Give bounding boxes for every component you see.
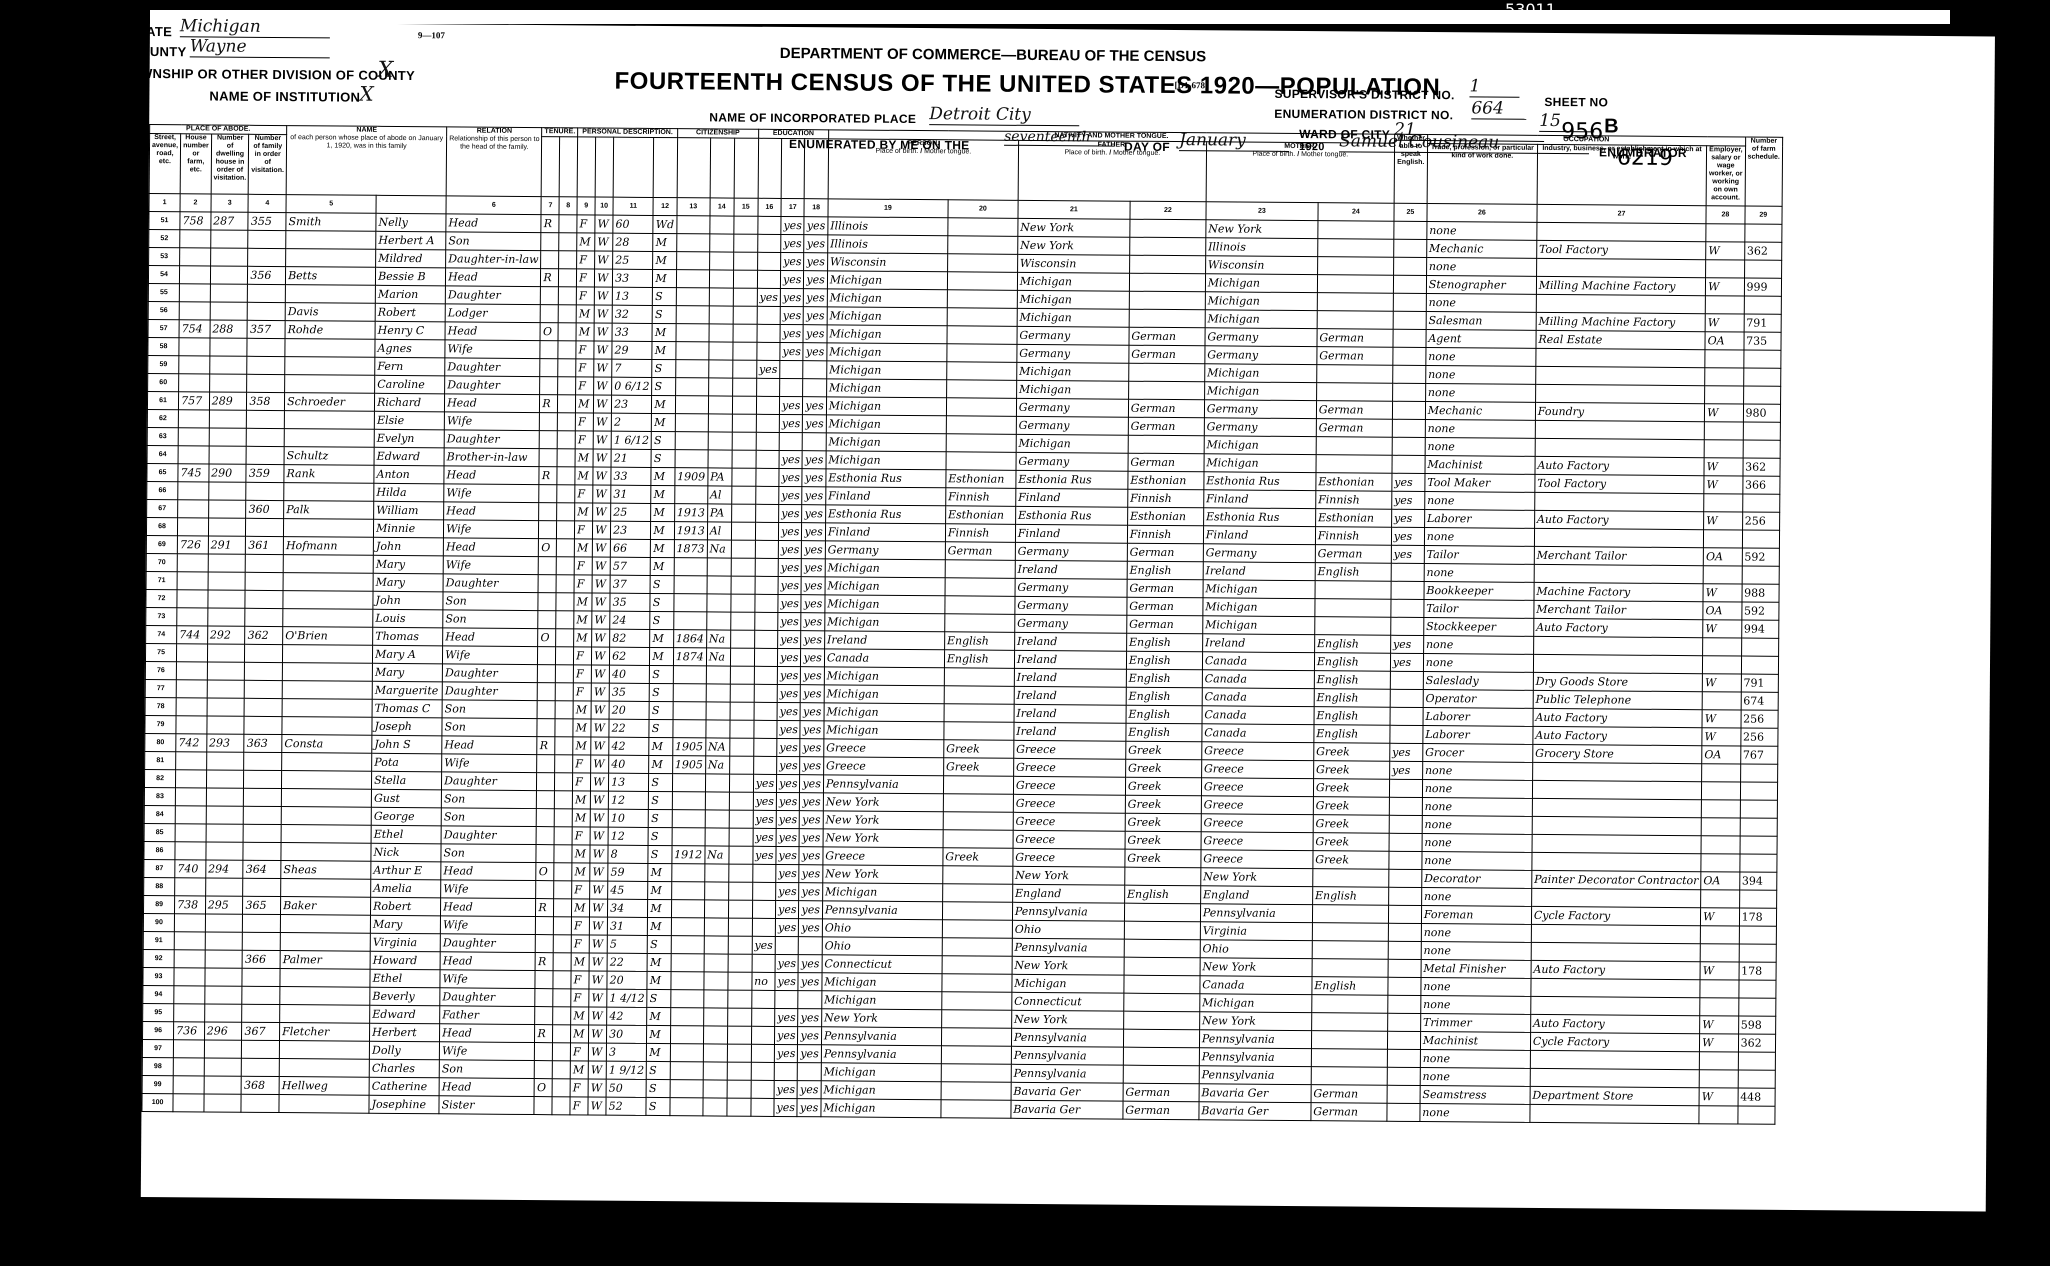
cell-dwelling [208,590,246,608]
cell-age: 30 [607,1025,647,1043]
cell-empty [559,269,577,287]
cell-nat [709,288,733,306]
cell-marital: S [652,305,676,323]
cell-school [753,738,777,756]
cell-code [1738,1052,1775,1070]
cell-code [1740,836,1777,854]
cell-empty [731,594,755,612]
cell-trade: none [1420,1104,1530,1123]
cell-family [244,698,282,716]
cell-pob: Finland [825,523,945,542]
english-header: Whether able to speak English. [1394,134,1428,203]
county-value: Wayne [190,36,330,58]
cell-marital: S [652,359,676,377]
cell-marital: M [651,485,675,503]
cell-write: yes [801,649,825,667]
cell-write: yes [800,721,824,739]
cell-empty [730,720,754,738]
cell-code [1743,350,1780,368]
cell-trade: Salesman [1426,312,1536,331]
institution-value: X [359,82,373,106]
cell-ftongue [1123,1047,1199,1066]
cell-write: yes [801,577,825,595]
cell-surname [280,933,370,952]
cell-surname [281,789,371,808]
cell-family [241,1094,279,1112]
cell-surname [284,519,374,538]
cell-mtongue: German [1311,1085,1387,1104]
cell-empty [553,953,571,971]
cell-read [775,936,799,954]
cell-tongue [942,974,1012,993]
cell-mpob: Michigan [1204,436,1316,455]
cell-mtongue: Finnish [1316,491,1392,510]
cell-dwelling [204,1076,242,1094]
cell-read: yes [776,864,800,882]
cell-surname [282,717,372,736]
cell-write: yes [801,667,825,685]
cell-nat: Na [706,630,730,648]
cell-surname [282,699,372,718]
cell-sex: F [576,359,594,377]
cell-given: Bessie B [376,267,446,286]
cell-emp: W [1704,458,1743,476]
cell-sex: M [571,953,589,971]
form-code: 9—107 [418,30,445,40]
cell-race: W [592,557,610,575]
cell-code: 394 [1739,872,1776,890]
cell-emp [1702,782,1741,800]
cell-imm [670,1008,703,1026]
cell-given: Robert [371,897,441,916]
cell-given: Mary [373,555,443,574]
cell-trade: none [1422,780,1532,799]
cell-school: yes [753,828,777,846]
cell-pob: Esthonia Rus [826,469,946,488]
cell-ftongue [1128,381,1204,400]
cell-nat [703,1080,727,1098]
cell-mtongue: Greek [1313,833,1389,852]
cell-tongue [947,308,1017,327]
cell-read: yes [780,396,804,414]
cell-ftongue: Greek [1125,813,1201,832]
cell-industry: Foundry [1535,402,1704,421]
cell-nat: PA [708,468,732,486]
cell-relation: Head [441,862,536,881]
cell-pob: Pennsylvania [822,901,942,920]
cell-eng [1389,833,1422,851]
cell-empty [556,557,574,575]
cell-industry: Machine Factory [1534,582,1703,601]
cell-pob: Michigan [822,991,942,1010]
cell-industry: Milling Machine Factory [1536,312,1705,331]
cell-imm [673,612,706,630]
cell-own: R [541,215,559,233]
cell-empty [556,647,574,665]
cell-code: 791 [1744,314,1781,332]
cell-mtongue: Greek [1313,779,1389,798]
cell-mpob: Bavaria Ger [1199,1084,1311,1103]
cell-marital: S [652,431,676,449]
cell-empty [728,864,752,882]
cell-imm [675,414,708,432]
cell-empty [727,1008,751,1026]
cell-own [540,377,558,395]
cell-own [536,845,554,863]
cell-race: W [594,341,612,359]
cell-surname [284,411,374,430]
cell-empty [732,450,756,468]
cell-dwelling [208,500,246,518]
cell-age: 0 6/12 [612,377,652,395]
cell-relation: Daughter [445,376,540,395]
cell-house [173,1040,204,1058]
cell-fpob: Bavaria Ger [1011,1082,1123,1101]
cell-imm [675,450,708,468]
cell-own [538,665,556,683]
column-number: 21 [1018,200,1130,219]
institution-label: NAME OF INSTITUTION [209,88,360,104]
cell-fpob: England [1012,884,1124,903]
cell-age: 33 [611,467,651,485]
cell-trade: none [1426,294,1536,313]
cell-fpob: Germany [1016,416,1128,435]
cell-code: 366 [1742,476,1779,494]
cell-emp: W [1705,404,1744,422]
cell-empty [558,413,576,431]
cell-own [541,251,559,269]
cell-mtongue: English [1312,977,1388,996]
cell-pob: Michigan [822,883,942,902]
cell-given: Mary A [373,645,443,664]
cell-sex: M [572,809,590,827]
cell-pob: New York [823,793,943,812]
cell-emp: W [1703,620,1742,638]
cell-school: yes [756,360,780,378]
cell-relation: Daughter [444,430,539,449]
cell-pob: Michigan [826,397,946,416]
cell-imm [674,594,707,612]
cell-write: yes [803,343,827,361]
cell-nat [703,1098,727,1116]
cell-house: 745 [178,464,209,482]
cell-nat: Na [705,756,729,774]
cell-mtongue: Greek [1313,761,1389,780]
cell-trade: none [1422,762,1532,781]
cell-fpob: Germany [1015,578,1127,597]
cell-tongue [943,776,1013,795]
cell-eng: yes [1391,527,1424,545]
cell-mpob: Michigan [1203,598,1315,617]
cell-nat [705,810,729,828]
cell-given: John S [372,735,442,754]
cell-fpob: Michigan [1016,380,1128,399]
cell-pob: Michigan [824,667,944,686]
cell-fpob: Michigan [1017,362,1129,381]
cell-tongue [941,1028,1011,1047]
cell-ftongue [1124,993,1200,1012]
cell-given: Arthur E [371,861,441,880]
cell-age: 5 [607,935,647,953]
cell-nat [708,396,732,414]
cell-sex: F [571,989,589,1007]
cell-marital: M [651,521,675,539]
cell-house [176,716,207,734]
cell-imm [676,306,709,324]
cell-surname [282,681,372,700]
cell-mpob: Greece [1201,832,1313,851]
cell-relation: Wife [442,754,537,773]
cell-relation: Daughter [440,934,535,953]
cell-trade: Tailor [1424,600,1534,619]
cell-ftongue: German [1123,1101,1199,1120]
cell-mtongue [1317,293,1393,312]
cell-mtongue: German [1311,1103,1387,1122]
cell-write: yes [798,1027,822,1045]
cell-mtongue: Greek [1313,815,1389,834]
cell-mpob: Michigan [1205,310,1317,329]
cell-surname [282,663,372,682]
cell-fpob: Germany [1015,614,1127,633]
cell-dwelling [204,1040,242,1058]
cell-code [1740,764,1777,782]
cell-marital: M [653,269,677,287]
cell-tongue [946,398,1016,417]
cell-empty [554,881,572,899]
cell-mtongue [1312,995,1388,1014]
cell-relation: Wife [444,484,539,503]
cell-emp: W [1700,962,1739,980]
cell-school [757,324,781,342]
cell-nat [706,720,730,738]
cell-read: yes [779,504,803,522]
cell-read: yes [780,288,804,306]
cell-imm: 1913 [674,522,707,540]
cell-dwelling [208,482,246,500]
cell-trade: none [1420,1050,1530,1069]
cell-code: 256 [1742,512,1779,530]
cell-emp: OA [1703,548,1742,566]
cell-house [173,1094,204,1112]
cell-mtongue: German [1316,419,1392,438]
cell-surname [280,1005,370,1024]
cell-write [799,937,823,955]
cell-nat [708,360,732,378]
cell-own: R [540,395,558,413]
cell-code: 735 [1744,332,1781,350]
cell-family [244,716,282,734]
line-number: 80 [145,733,176,751]
cell-mpob: Esthonia Rus [1204,472,1316,491]
cell-pob: Michigan [827,289,947,308]
cell-write: yes [799,883,823,901]
cell-school [751,1080,775,1098]
cell-empty [728,936,752,954]
cell-empty [558,359,576,377]
cell-eng [1388,887,1421,905]
cell-ftongue: English [1126,723,1202,742]
line-number: 85 [144,823,175,841]
cell-fpob: New York [1013,866,1125,885]
cell-imm [672,792,705,810]
cell-pob: Ohio [822,937,942,956]
cell-industry: Auto Factory [1530,1014,1699,1033]
cell-mtongue [1312,959,1388,978]
cell-sex: M [574,593,592,611]
cell-house [178,500,209,518]
cell-dwelling [206,842,244,860]
cell-industry [1532,816,1701,835]
cell-emp: W [1706,278,1745,296]
cell-emp [1705,368,1744,386]
cell-industry [1532,798,1701,817]
cell-age: 60 [613,215,653,233]
cell-pob: Esthonia Rus [825,505,945,524]
cell-dwelling: 288 [210,320,248,338]
cell-empty [732,468,756,486]
cell-surname: Davis [285,303,375,322]
cell-code [1741,656,1778,674]
cell-eng [1393,257,1426,275]
cell-ftongue: Greek [1126,741,1202,760]
cell-industry [1532,762,1701,781]
line-number: 64 [147,445,178,463]
line-number: 83 [144,787,175,805]
cell-house: 738 [175,896,206,914]
cell-dwelling [206,806,244,824]
cell-mtongue: German [1315,545,1391,564]
cell-sex: F [576,377,594,395]
top-corner-stamp: 53011 [1505,0,1556,19]
cell-school [755,522,779,540]
cell-race: W [588,1043,606,1061]
cell-relation: Wife [441,880,536,899]
cell-tongue [947,290,1017,309]
cell-mtongue [1312,905,1388,924]
cell-imm [676,288,709,306]
cell-given: Stella [372,771,442,790]
cell-nat [708,432,732,450]
cell-nat [706,612,730,630]
cell-code: 362 [1738,1034,1775,1052]
cell-nat [703,990,727,1008]
cell-pob: Connecticut [822,955,942,974]
cell-industry [1535,384,1704,403]
cell-age: 3 [606,1043,646,1061]
cell-race: W [594,323,612,341]
cell-race: W [593,449,611,467]
cell-industry [1531,888,1700,907]
cell-imm [670,990,703,1008]
cell-read: yes [775,972,799,990]
cell-industry [1533,654,1702,673]
cell-school [755,594,779,612]
cell-sex: F [573,773,591,791]
cell-trade: none [1426,348,1536,367]
cell-family: 365 [243,896,281,914]
cell-nat [705,828,729,846]
cell-relation: Head [441,898,536,917]
cell-empty [733,252,757,270]
cell-dwelling [206,752,244,770]
cell-marital: S [651,449,675,467]
cell-race: W [589,971,607,989]
cell-family [242,968,280,986]
cell-sex: F [571,971,589,989]
cell-nat [704,936,728,954]
cell-age: 37 [610,575,650,593]
cell-pob: Michigan [825,595,945,614]
cell-dwelling [204,1058,242,1076]
cell-age: 62 [610,647,650,665]
cell-empty [557,485,575,503]
cell-eng [1393,311,1426,329]
cell-write: yes [799,847,823,865]
cell-read: yes [780,306,804,324]
cell-imm [671,936,704,954]
column-number: 9 [577,197,595,215]
cell-surname [280,969,370,988]
cell-marital: M [647,953,671,971]
cell-imm [671,918,704,936]
cell-sex: F [573,755,591,773]
cell-eng [1389,869,1422,887]
cell-own [537,701,555,719]
cell-read: yes [778,630,802,648]
father-header: FATHER.Place of birth. / Mother tongue. [1018,140,1206,201]
cell-industry: Auto Factory [1531,960,1700,979]
cell-surname [286,231,376,250]
cell-write [803,361,827,379]
cell-house [177,608,208,626]
cell-fpob: Connecticut [1012,992,1124,1011]
cell-eng [1388,959,1421,977]
line-number: 51 [149,211,180,229]
cell-tongue [947,272,1017,291]
cell-given: Richard [375,393,445,412]
cell-house [173,1076,204,1094]
cell-sex: F [575,485,593,503]
cell-read: yes [779,486,803,504]
cell-eng [1388,941,1421,959]
cell-marital: S [646,1097,670,1115]
cell-fpob: Pennsylvania [1012,902,1124,921]
cell-pob: New York [823,829,943,848]
cell-emp [1700,998,1739,1016]
cell-race: W [591,665,609,683]
cell-read [780,378,804,396]
cell-empty [556,611,574,629]
cell-school: yes [753,774,777,792]
cell-write: yes [803,415,827,433]
cell-read: yes [776,900,800,918]
cell-code: 256 [1740,728,1777,746]
cell-family [244,770,282,788]
cell-given: Nick [371,843,441,862]
line-number: 69 [146,535,177,553]
cell-mpob: Michigan [1204,454,1316,473]
cell-race: W [590,899,608,917]
cell-ftongue: German [1129,327,1205,346]
cell-own [535,1007,553,1025]
cell-nat: NA [705,738,729,756]
cell-nat [708,450,732,468]
cell-empty [559,251,577,269]
cell-family [247,428,285,446]
cell-family: 357 [247,320,285,338]
cell-school [755,486,779,504]
cell-industry [1536,294,1705,313]
